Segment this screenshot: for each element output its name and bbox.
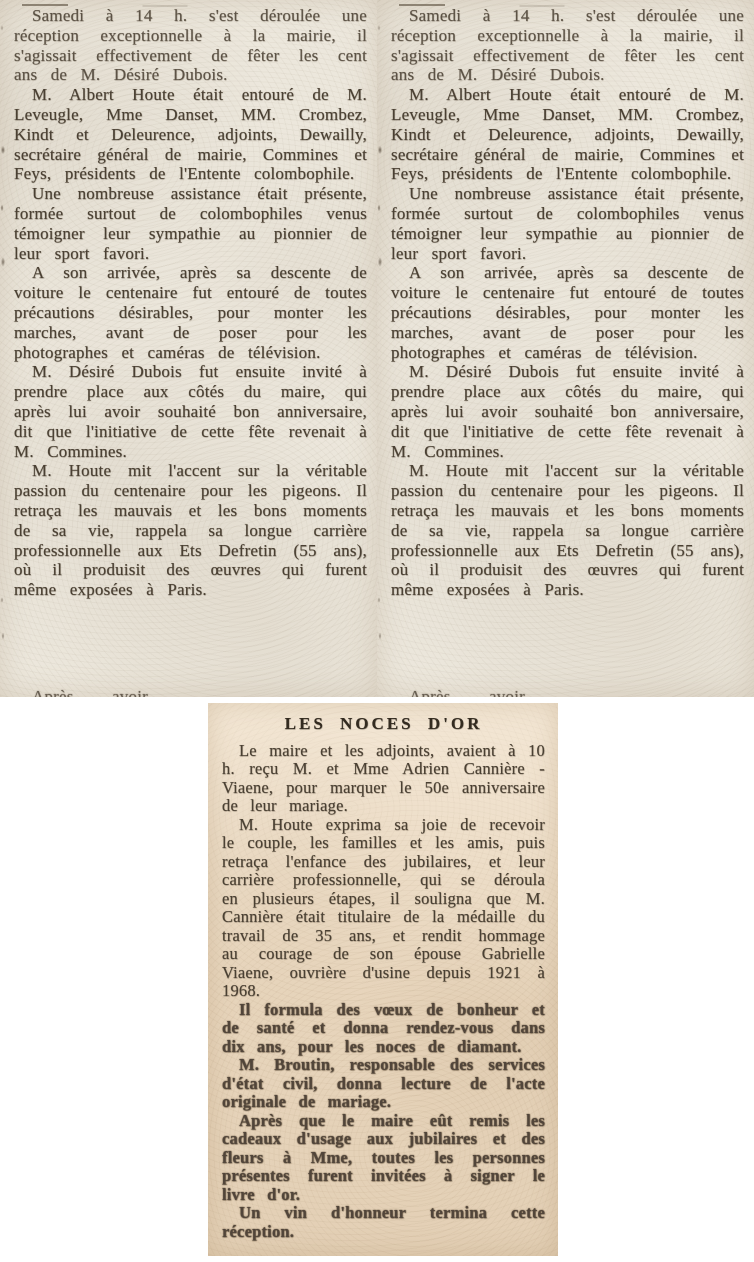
top-clippings-row: Samedi à 14 h. s'est déroulée une récept…	[0, 0, 754, 697]
paragraph: M. Albert Houte était entouré de M. Leve…	[14, 85, 367, 184]
paragraph: Samedi à 14 h. s'est déroulée une récept…	[391, 6, 744, 85]
truncated-line: Après avoir	[391, 688, 744, 697]
paragraph: Après que le maire eût remis les cadeaux…	[222, 1112, 545, 1205]
paragraph: Samedi à 14 h. s'est déroulée une récept…	[14, 6, 367, 85]
newspaper-clipping-centenaire-right: Samedi à 14 h. s'est déroulée une récept…	[377, 0, 754, 697]
paragraph: Une nombreuse assistance était présente,…	[391, 184, 744, 263]
paragraph: M. Désiré Dubois fut ensuite invité à pr…	[14, 362, 367, 461]
paragraph: Un vin d'honneur termina cette réception…	[222, 1204, 545, 1241]
paragraph: M. Houte mit l'accent sur la véritable p…	[391, 461, 744, 600]
newspaper-clipping-noces-dor: LES NOCES D'OR Le maire et les adjoints,…	[208, 703, 558, 1256]
paragraph: M. Houte exprima sa joie de recevoir le …	[222, 816, 545, 1001]
paragraph: A son arrivée, après sa descente de voit…	[14, 263, 367, 362]
paragraph: A son arrivée, après sa descente de voit…	[391, 263, 744, 362]
paragraph: Une nombreuse assistance était présente,…	[14, 184, 367, 263]
newspaper-clipping-centenaire-left: Samedi à 14 h. s'est déroulée une récept…	[0, 0, 377, 697]
paragraph: M. Albert Houte était entouré de M. Leve…	[391, 85, 744, 184]
paragraph: M. Houte mit l'accent sur la véritable p…	[14, 461, 367, 600]
paragraph: M. Broutin, responsable des services d'é…	[222, 1056, 545, 1112]
article-title: LES NOCES D'OR	[222, 715, 545, 734]
paragraph: M. Désiré Dubois fut ensuite invité à pr…	[391, 362, 744, 461]
paragraph: Il formula des vœux de bonheur et de san…	[222, 1001, 545, 1057]
truncated-line: Après avoir	[14, 688, 367, 697]
paragraph: Le maire et les adjoints, avaient à 10 h…	[222, 742, 545, 816]
